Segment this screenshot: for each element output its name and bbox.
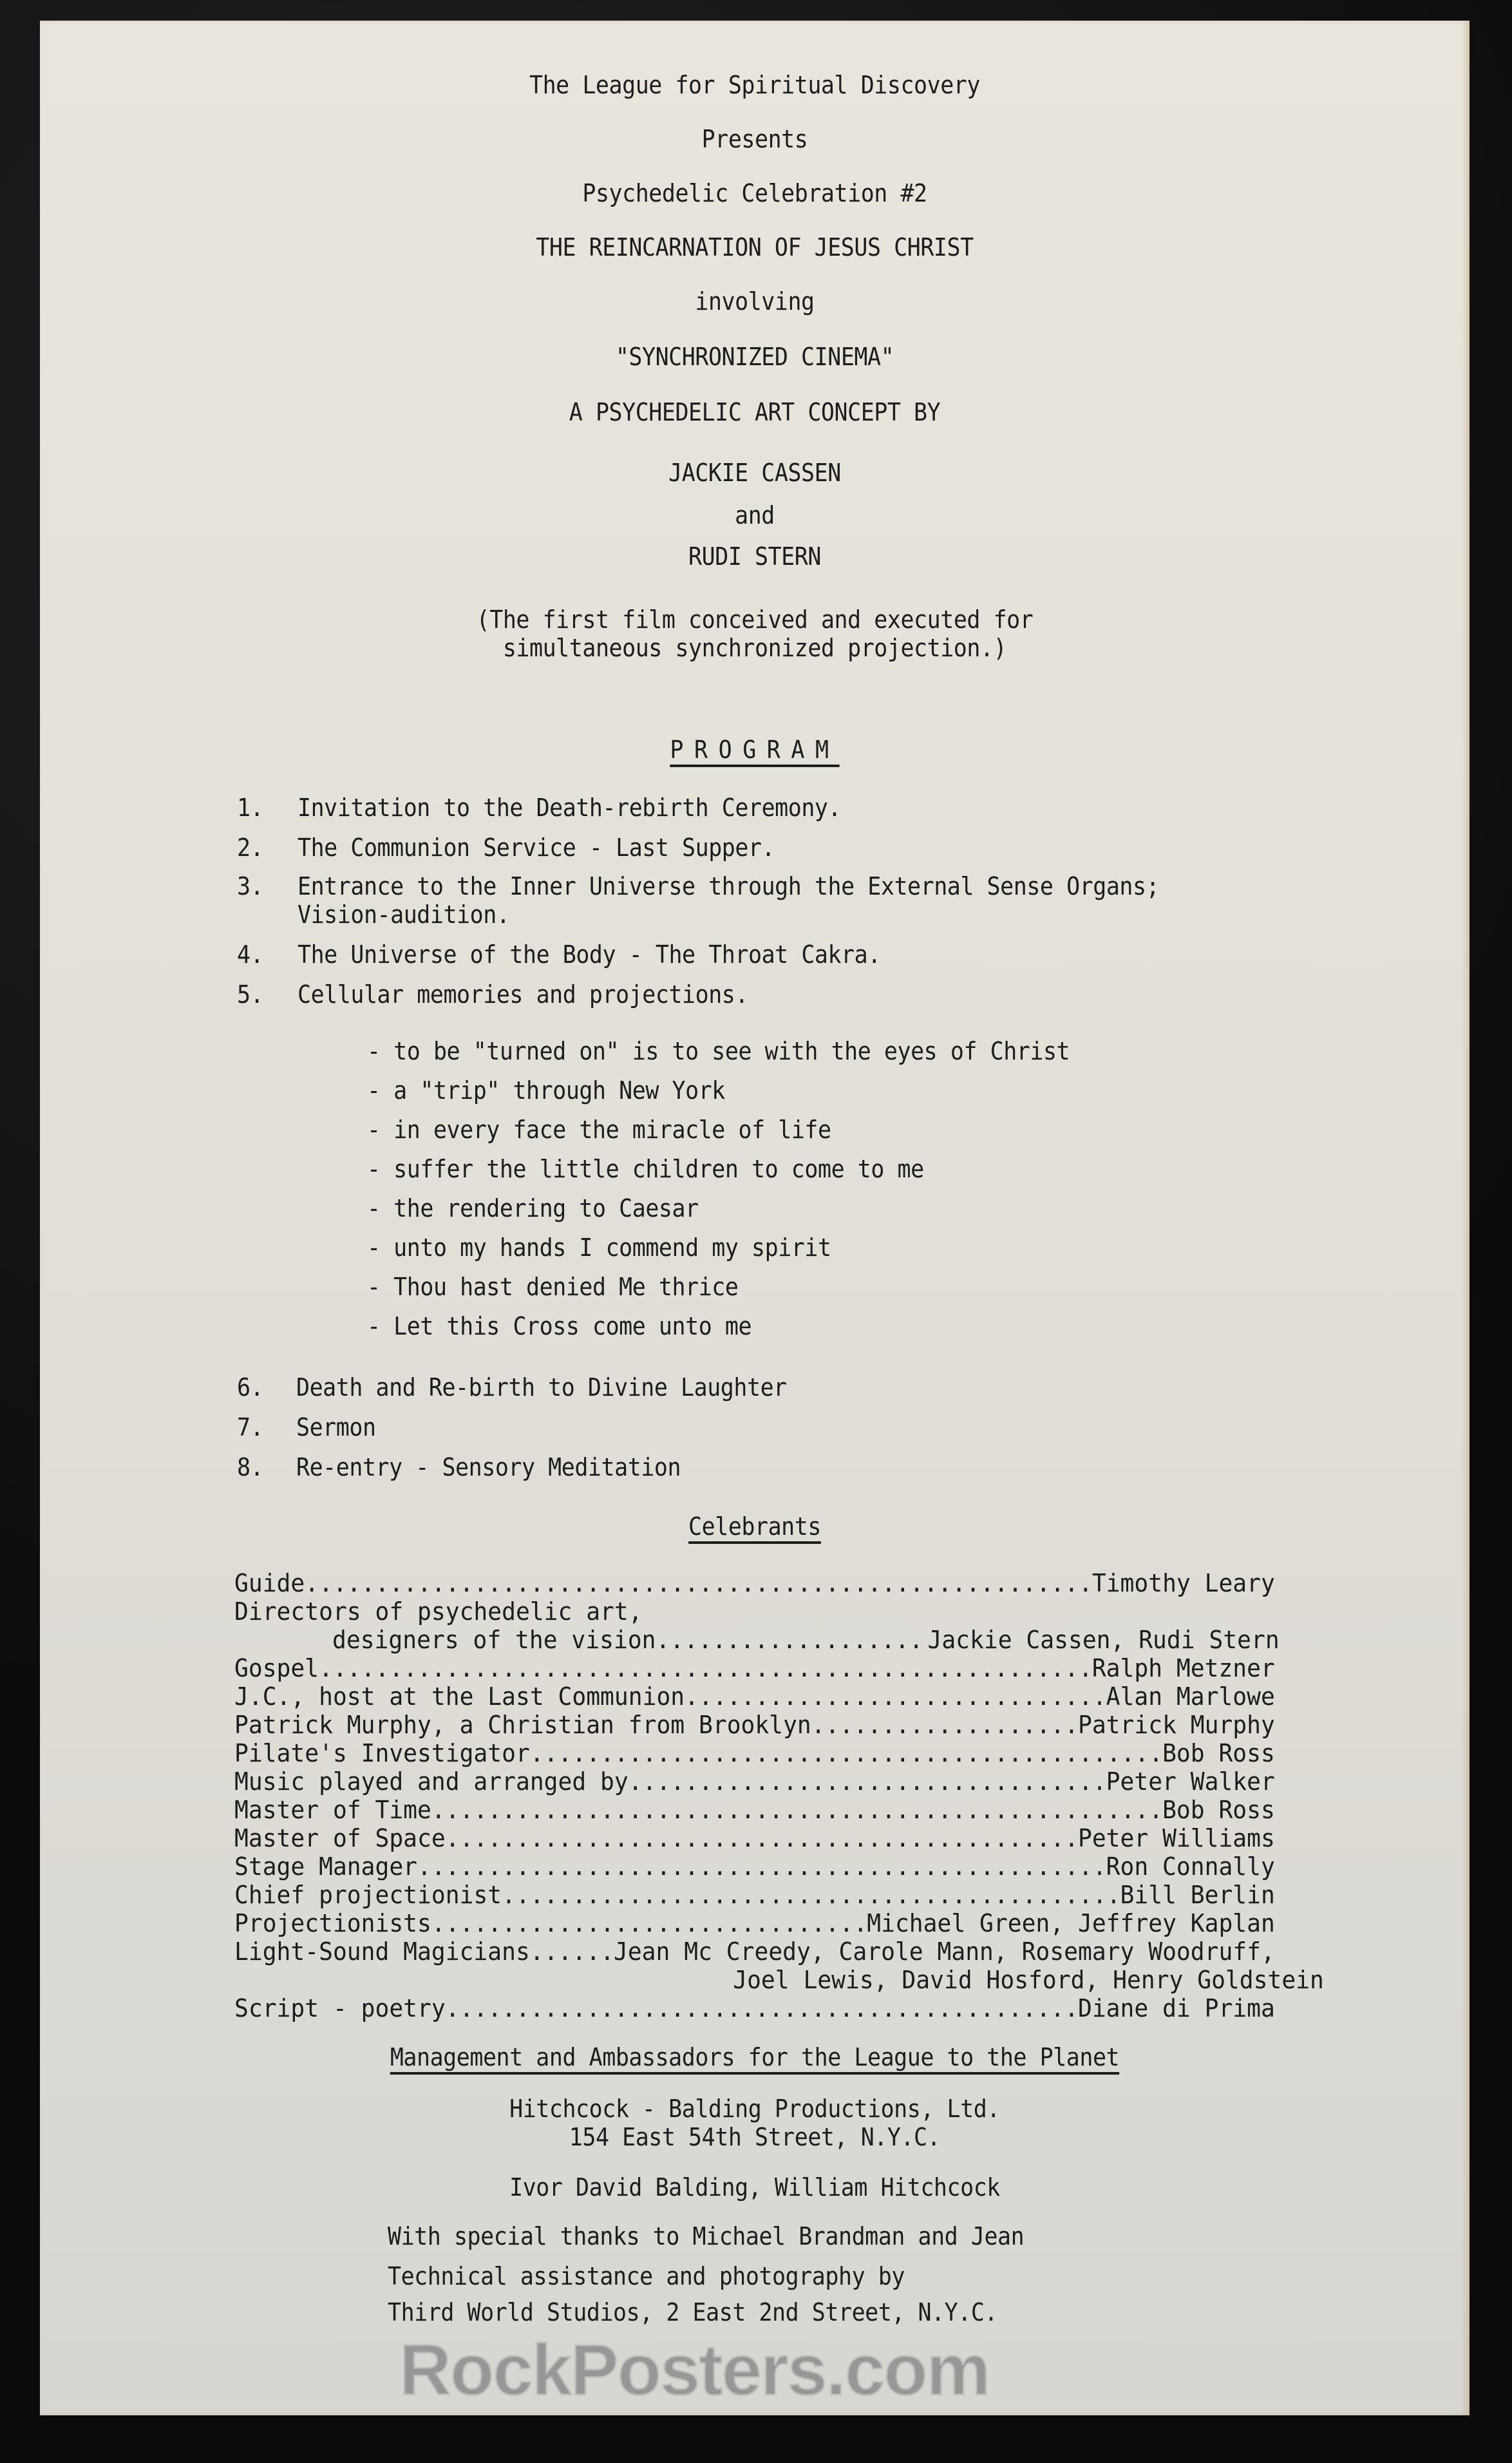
event-title: THE REINCARNATION OF JESUS CHRIST [97, 233, 1412, 262]
celebrant-name: Michael Green, Jeffrey Kaplan [862, 1909, 1275, 1937]
program-item-number: 7. [237, 1413, 263, 1441]
celebrant-name: Alan Marlowe [1101, 1682, 1275, 1711]
celebrant-role-heading: Directors of psychedelic art, [234, 1597, 643, 1626]
program-subitem: - a "trip" through New York [367, 1076, 725, 1105]
artist-1: JACKIE CASSEN [97, 459, 1412, 487]
celebrant-role: designers of the vision [332, 1626, 656, 1654]
celebrant-row: Patrick Murphy, a Christian from Brookly… [234, 1711, 1275, 1739]
celebrant-role: Master of Time [234, 1796, 431, 1824]
dot-leader [431, 1909, 862, 1937]
celebrant-name: Jean Mc Creedy, Carole Mann, Rosemary Wo… [609, 1937, 1275, 1966]
celebrant-name-continued: Joel Lewis, David Hosford, Henry Goldste… [733, 1966, 1324, 1994]
program-item: Sermon [296, 1413, 376, 1441]
company-name: Hitchcock - Balding Productions, Ltd. [97, 2095, 1412, 2123]
celebrant-role: Chief projectionist [234, 1881, 502, 1909]
celebrants-heading: Celebrants [97, 1512, 1412, 1541]
program-subitem: - the rendering to Caesar [367, 1194, 699, 1222]
program-item-number: 8. [237, 1453, 263, 1481]
dot-leader [431, 1796, 1158, 1824]
program-item: Re-entry - Sensory Meditation [296, 1453, 681, 1481]
celebrant-name: Timothy Leary [1087, 1569, 1275, 1597]
program-item: The Communion Service - Last Supper. [298, 833, 775, 862]
watermark-logo: RockPosters.com [399, 2328, 989, 2411]
program-item-number: 6. [237, 1373, 263, 1402]
film-note-line-1: (The first film conceived and executed f… [97, 605, 1412, 634]
dot-leader [628, 1767, 1101, 1796]
program-item-number: 1. [237, 794, 263, 822]
program-item: Invitation to the Death-rebirth Ceremony… [298, 794, 841, 822]
studio-credit: Third World Studios, 2 East 2nd Street, … [388, 2298, 997, 2326]
celebrant-name: Peter Williams [1073, 1824, 1275, 1852]
celebrant-role: Script - poetry [234, 1994, 446, 2022]
event-name: Psychedelic Celebration #2 [97, 179, 1412, 207]
celebrant-name: Jackie Cassen, Rudi Stern [923, 1626, 1280, 1654]
celebrant-role: J.C., host at the Last Communion [234, 1682, 685, 1711]
celebrant-role: Pilate's Investigator [234, 1739, 530, 1767]
program-item-number: 3. [237, 872, 263, 900]
celebrant-name: Bob Ross [1157, 1739, 1274, 1767]
event-subtitle: "SYNCHRONIZED CINEMA" [97, 343, 1412, 371]
program-item-number: 2. [237, 833, 263, 862]
program-item: The Universe of the Body - The Throat Ca… [298, 940, 881, 969]
program-subitem: - unto my hands I commend my spirit [367, 1233, 831, 1262]
organization-name: The League for Spiritual Discovery [97, 71, 1412, 99]
celebrant-role: Guide [234, 1569, 305, 1597]
program-subitem: - in every face the miracle of life [367, 1116, 831, 1144]
celebrant-role: Master of Space [234, 1824, 446, 1852]
program-subitem: - to be "turned on" is to see with the e… [367, 1037, 1070, 1065]
program-subitem: - Let this Cross come unto me [367, 1312, 751, 1340]
celebrant-name: Ron Connally [1101, 1852, 1275, 1881]
celebrant-role: Music played and arranged by [234, 1767, 628, 1796]
dot-leader [530, 1937, 609, 1966]
celebrant-row: GospelRalph Metzner [234, 1654, 1275, 1682]
celebrant-row: Light-Sound MagiciansJean Mc Creedy, Car… [234, 1937, 1275, 1966]
celebrant-row: designers of the visionJackie Cassen, Ru… [332, 1626, 1280, 1654]
program-subitem: - Thou hast denied Me thrice [367, 1273, 738, 1301]
artist-2: RUDI STERN [97, 542, 1412, 571]
celebrant-role: Stage Manager [234, 1852, 417, 1881]
special-thanks: With special thanks to Michael Brandman … [388, 2222, 1024, 2250]
management-people: Ivor David Balding, William Hitchcock [97, 2173, 1412, 2201]
dot-leader [446, 1824, 1073, 1852]
program-sheet: The League for Spiritual Discovery Prese… [40, 21, 1469, 2415]
celebrant-role: Projectionists [234, 1909, 431, 1937]
celebrant-row: Music played and arranged byPeter Walker [234, 1767, 1275, 1796]
celebrant-row: Pilate's InvestigatorBob Ross [234, 1739, 1275, 1767]
dot-leader [530, 1739, 1158, 1767]
dot-leader [656, 1626, 923, 1654]
celebrant-row: Master of TimeBob Ross [234, 1796, 1275, 1824]
celebrant-name: Patrick Murphy [1073, 1711, 1275, 1739]
technical-credit: Technical assistance and photography by [388, 2262, 905, 2290]
celebrant-name: Diane di Prima [1073, 1994, 1275, 2022]
celebrant-row: Script - poetryDiane di Prima [234, 1994, 1275, 2022]
dot-leader [446, 1994, 1073, 2022]
program-item: Entrance to the Inner Universe through t… [298, 872, 1159, 900]
celebrant-row: GuideTimothy Leary [234, 1569, 1275, 1597]
program-item: Death and Re-birth to Divine Laughter [296, 1373, 787, 1402]
concept-by-line: A PSYCHEDELIC ART CONCEPT BY [97, 398, 1412, 426]
celebrant-row: J.C., host at the Last CommunionAlan Mar… [234, 1682, 1275, 1711]
program-subitem: - suffer the little children to come to … [367, 1155, 924, 1183]
celebrant-role: Gospel [234, 1654, 319, 1682]
celebrant-row: Chief projectionistBill Berlin [234, 1881, 1275, 1909]
celebrant-role: Patrick Murphy, a Christian from Brookly… [234, 1711, 811, 1739]
dot-leader [685, 1682, 1101, 1711]
dot-leader [417, 1852, 1101, 1881]
celebrant-row: Stage ManagerRon Connally [234, 1852, 1275, 1881]
program-item-continued: Vision-audition. [298, 900, 509, 929]
involving-line: involving [97, 287, 1412, 316]
dot-leader [502, 1881, 1115, 1909]
celebrant-name: Bob Ross [1157, 1796, 1274, 1824]
and-line: and [97, 501, 1412, 529]
company-address: 154 East 54th Street, N.Y.C. [97, 2123, 1412, 2151]
program-item: Cellular memories and projections. [298, 980, 748, 1009]
film-note-line-2: simultaneous synchronized projection.) [97, 634, 1412, 662]
dot-leader [319, 1654, 1087, 1682]
celebrant-role: Light-Sound Magicians [234, 1937, 530, 1966]
celebrant-row: Master of SpacePeter Williams [234, 1824, 1275, 1852]
celebrant-name: Peter Walker [1101, 1767, 1275, 1796]
dot-leader [811, 1711, 1073, 1739]
program-item-number: 5. [237, 980, 263, 1009]
celebrant-row: ProjectionistsMichael Green, Jeffrey Kap… [234, 1909, 1275, 1937]
celebrant-name: Bill Berlin [1115, 1881, 1275, 1909]
dot-leader [305, 1569, 1087, 1597]
program-heading: PROGRAM [97, 736, 1412, 764]
management-heading: Management and Ambassadors for the Leagu… [97, 2043, 1412, 2071]
program-item-number: 4. [237, 940, 263, 969]
presents-line: Presents [97, 125, 1412, 153]
celebrant-name: Ralph Metzner [1087, 1654, 1275, 1682]
